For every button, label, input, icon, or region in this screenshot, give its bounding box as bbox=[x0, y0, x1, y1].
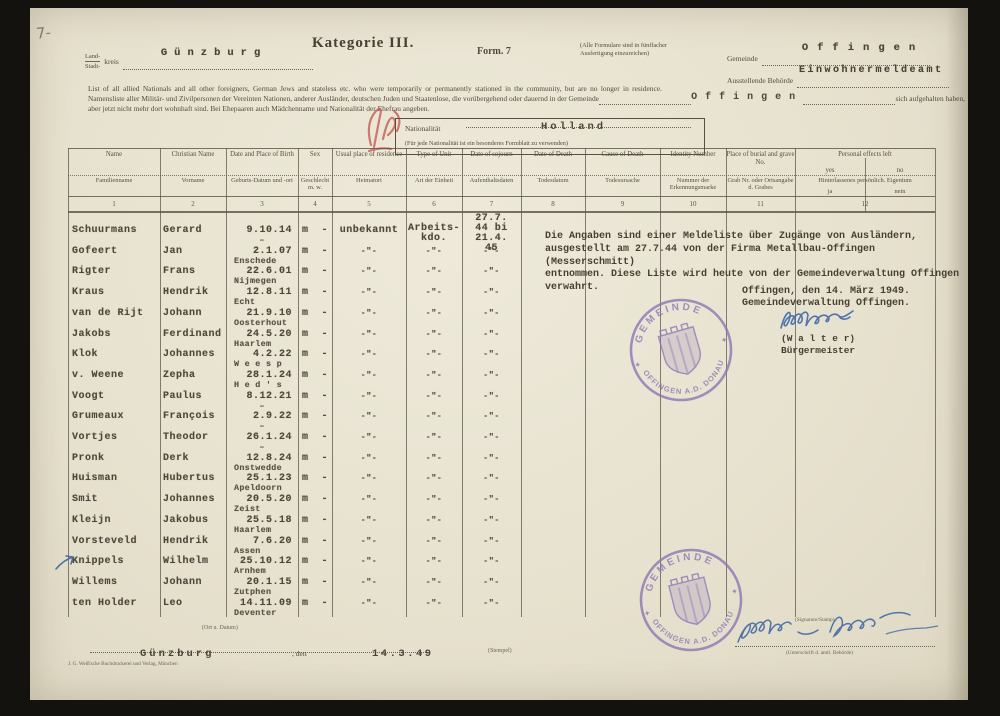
column-header-en: Cause of Death bbox=[585, 150, 660, 159]
cell-surname: Vortjes bbox=[72, 432, 118, 443]
attestation-name-typed: (W a l t e r) bbox=[781, 333, 855, 344]
cell-sojourn: -"- bbox=[462, 308, 521, 318]
cell-residence: -"- bbox=[332, 494, 406, 504]
cell-sojourn: -"- bbox=[462, 391, 521, 401]
cell-birthplace: Enschede bbox=[234, 256, 277, 266]
cell-sojourn: -"- bbox=[462, 329, 521, 339]
cell-residence: -"- bbox=[332, 577, 406, 587]
cell-unit: -"- bbox=[406, 577, 462, 587]
cell-unit: -"- bbox=[406, 453, 462, 463]
column-header-en: Personal effects left bbox=[795, 150, 935, 159]
cell-firstname: Johann bbox=[163, 577, 202, 588]
stempel-label: (Stempel) bbox=[488, 648, 512, 654]
cell-sojourn: -"- bbox=[462, 473, 521, 483]
cell-residence: -"- bbox=[332, 432, 406, 442]
cell-residence: -"- bbox=[332, 598, 406, 608]
cell-firstname: Johann bbox=[163, 308, 202, 319]
cell-sojourn: -"- bbox=[462, 453, 521, 463]
cell-birthplace: H e d ' s bbox=[234, 380, 282, 390]
grid-line bbox=[68, 196, 935, 197]
cell-surname: Pronk bbox=[72, 453, 105, 464]
column-header-en: Identity Number bbox=[660, 150, 726, 159]
cell-unit: -"- bbox=[406, 598, 462, 608]
cell-sojourn: -"- bbox=[462, 287, 521, 297]
column-number: 10 bbox=[660, 200, 726, 208]
signature-line bbox=[735, 646, 935, 647]
cell-firstname: Zepha bbox=[163, 370, 196, 381]
cell-surname: Jakobs bbox=[72, 329, 111, 340]
cell-unit: -"- bbox=[406, 556, 462, 566]
column-number: 2 bbox=[160, 200, 226, 208]
footer-date-value: 14.3.49 bbox=[372, 648, 434, 660]
cell-surname: v. Weene bbox=[72, 370, 124, 381]
column-number: 1 bbox=[68, 200, 160, 208]
column-header-en: Name bbox=[68, 150, 160, 159]
cell-surname: Smit bbox=[72, 494, 98, 505]
cell-surname: Schuurmans bbox=[72, 225, 137, 236]
column-header-de: Todesdatum bbox=[521, 177, 585, 184]
column-header-de: Aufenthaltsdaten bbox=[462, 177, 521, 184]
cell-sex: m - bbox=[298, 349, 332, 360]
column-header-nein: nein bbox=[865, 188, 935, 195]
column-header-no: no bbox=[865, 166, 935, 175]
cell-birthplace: Nijmegen bbox=[234, 276, 277, 286]
cell-birthplace: Zutphen bbox=[234, 587, 271, 597]
cell-sex: m - bbox=[298, 308, 332, 319]
cell-sojourn: -"- bbox=[462, 349, 521, 359]
stamp-coat-of-arms bbox=[657, 322, 705, 379]
cell-sojourn: -"- bbox=[462, 411, 521, 421]
grid-line bbox=[160, 148, 161, 617]
cell-sojourn: -"- bbox=[462, 515, 521, 525]
column-header-yes: yes bbox=[795, 166, 865, 175]
cell-firstname: Hendrik bbox=[163, 287, 209, 298]
cell-sex: m - bbox=[298, 391, 332, 402]
cell-surname: Rigter bbox=[72, 266, 111, 277]
footer-den-label: , den bbox=[292, 649, 307, 658]
column-header-de: Geburts-Datum und -ort bbox=[226, 177, 298, 184]
cell-residence: -"- bbox=[332, 266, 406, 276]
cell-birthplace: – bbox=[226, 442, 298, 452]
cell-birthplace: Haarlem bbox=[234, 339, 271, 349]
cell-unit: -"- bbox=[406, 349, 462, 359]
cell-sex: m - bbox=[298, 577, 332, 588]
cell-residence: -"- bbox=[332, 453, 406, 463]
attestation-title: Bürgermeister bbox=[781, 345, 855, 356]
cell-residence: unbekannt bbox=[332, 225, 406, 236]
cell-sex: m - bbox=[298, 453, 332, 464]
grid-line bbox=[935, 148, 936, 617]
cell-surname: Vorsteveld bbox=[72, 536, 137, 547]
cell-sex: m - bbox=[298, 225, 332, 236]
svg-text:✦: ✦ bbox=[730, 586, 739, 596]
cell-birthplace: Haarlem bbox=[234, 525, 271, 535]
cell-unit: -"- bbox=[406, 411, 462, 421]
cell-sex: m - bbox=[298, 515, 332, 526]
column-header-en: Sex bbox=[298, 150, 332, 159]
cell-firstname: Jan bbox=[163, 246, 183, 257]
cell-sojourn: -"- bbox=[462, 494, 521, 504]
column-number: 11 bbox=[726, 200, 795, 208]
grid-line bbox=[521, 148, 522, 617]
cell-birthplace: – bbox=[226, 235, 298, 245]
cell-unit: -"- bbox=[406, 494, 462, 504]
cell-surname: Klok bbox=[72, 349, 98, 360]
cell-residence: -"- bbox=[332, 349, 406, 359]
cell-surname: Voogt bbox=[72, 391, 105, 402]
cell-birthplace: Apeldoorn bbox=[234, 483, 282, 493]
cell-firstname: Jakobus bbox=[163, 515, 209, 526]
cell-surname: Knippels bbox=[72, 556, 124, 567]
cell-sex: m - bbox=[298, 246, 332, 257]
column-header-en: Date of Death bbox=[521, 150, 585, 159]
cell-firstname: Derk bbox=[163, 453, 189, 464]
cell-surname: Grumeaux bbox=[72, 411, 124, 422]
cell-sex: m - bbox=[298, 473, 332, 484]
cell-unit: -"- bbox=[406, 308, 462, 318]
cell-residence: -"- bbox=[332, 329, 406, 339]
cell-surname: Gofeert bbox=[72, 246, 118, 257]
cell-unit: -"- bbox=[406, 536, 462, 546]
cell-unit: kdo. bbox=[406, 233, 462, 244]
printer-credit: J. G. Weiß'sche Buchdruckerei und Verlag… bbox=[68, 661, 178, 667]
grid-line bbox=[68, 175, 935, 176]
cell-unit: -"- bbox=[406, 473, 462, 483]
cell-firstname: Hubertus bbox=[163, 473, 215, 484]
column-header-en: Type of Unit bbox=[406, 150, 462, 159]
cell-unit: -"- bbox=[406, 391, 462, 401]
cell-sojourn: -"- bbox=[462, 266, 521, 276]
cell-sojourn: -"- bbox=[462, 370, 521, 380]
cell-firstname: Gerard bbox=[163, 225, 202, 236]
column-header-en: Christian Name bbox=[160, 150, 226, 159]
cell-unit: -"- bbox=[406, 246, 462, 256]
column-number: 8 bbox=[521, 200, 585, 208]
cell-firstname: Wilhelm bbox=[163, 556, 209, 567]
cell-sex: m - bbox=[298, 432, 332, 443]
column-number: 3 bbox=[226, 200, 298, 208]
column-header-de: Todesursache bbox=[585, 177, 660, 184]
signature-label: (Unterschrift d. amtl. Behörde) bbox=[786, 650, 853, 656]
cell-surname: Kraus bbox=[72, 287, 105, 298]
cell-sex: m - bbox=[298, 494, 332, 505]
cell-birthplace: Zeist bbox=[234, 504, 261, 514]
cell-sex: m - bbox=[298, 329, 332, 340]
cell-residence: -"- bbox=[332, 411, 406, 421]
cell-birthplace: – bbox=[226, 421, 298, 431]
cell-sex: m - bbox=[298, 536, 332, 547]
svg-text:✦: ✦ bbox=[633, 360, 642, 371]
cell-birthplace: Echt bbox=[234, 297, 255, 307]
column-number: 9 bbox=[585, 200, 660, 208]
cell-residence: -"- bbox=[332, 287, 406, 297]
cell-sex: m - bbox=[298, 370, 332, 381]
svg-text:✦: ✦ bbox=[720, 335, 729, 346]
column-number: 7 bbox=[462, 200, 521, 208]
cell-unit: -"- bbox=[406, 370, 462, 380]
cell-residence: -"- bbox=[332, 556, 406, 566]
cell-birthplace: Oosterhout bbox=[234, 318, 287, 328]
cell-birthplace: Assen bbox=[234, 546, 261, 556]
cell-birthplace: Deventer bbox=[234, 608, 277, 618]
cell-birthplace: – bbox=[226, 401, 298, 411]
cell-sex: m - bbox=[298, 287, 332, 298]
cell-firstname: Ferdinand bbox=[163, 329, 222, 340]
cell-sex: m - bbox=[298, 411, 332, 422]
cell-firstname: Frans bbox=[163, 266, 196, 277]
footer-place-value: Günzburg bbox=[140, 648, 214, 660]
cell-surname: ten Holder bbox=[72, 598, 137, 609]
cell-firstname: François bbox=[163, 411, 215, 422]
cell-surname: Kleijn bbox=[72, 515, 111, 526]
scanned-document: { "page": { "pencil_note": "7-" }, "head… bbox=[0, 0, 1000, 716]
grid-line bbox=[795, 148, 796, 617]
cell-sex: m - bbox=[298, 266, 332, 277]
cell-sojourn: -"- bbox=[462, 556, 521, 566]
cell-firstname: Johannes bbox=[163, 494, 215, 505]
column-header-en: Date of sojourn bbox=[462, 150, 521, 159]
cell-unit: -"- bbox=[406, 287, 462, 297]
cell-firstname: Johannes bbox=[163, 349, 215, 360]
column-header-en: Usual place of residence bbox=[332, 150, 406, 159]
cell-surname: van de Rijt bbox=[72, 308, 144, 319]
cell-birthplace: Onstwedde bbox=[234, 463, 282, 473]
cell-sojourn: -"- bbox=[462, 432, 521, 442]
cell-sex: m - bbox=[298, 556, 332, 567]
column-number: 5 bbox=[332, 200, 406, 208]
cell-firstname: Theodor bbox=[163, 432, 209, 443]
grid-line bbox=[68, 148, 69, 617]
cell-residence: -"- bbox=[332, 370, 406, 380]
cell-sojourn: -"- bbox=[462, 246, 521, 256]
cell-residence: -"- bbox=[332, 536, 406, 546]
ort-datum-label: (Ort u. Datum) bbox=[202, 625, 238, 631]
cell-sex: m - bbox=[298, 598, 332, 609]
document-page: 7- Land- Stadt- kreis Günzburg Kategorie… bbox=[30, 8, 968, 700]
cell-sojourn: -"- bbox=[462, 598, 521, 608]
column-number: 4 bbox=[298, 200, 332, 208]
cell-residence: -"- bbox=[332, 391, 406, 401]
cell-residence: -"- bbox=[332, 308, 406, 318]
stamp-coat-of-arms bbox=[668, 572, 715, 628]
cell-unit: -"- bbox=[406, 515, 462, 525]
cell-unit: -"- bbox=[406, 329, 462, 339]
column-header-de: Familienname bbox=[68, 177, 160, 184]
cell-birthplace: W e e s p bbox=[234, 359, 282, 369]
blue-ink-mark bbox=[54, 554, 76, 572]
column-header-de: Nummer der Erkennungsmarke bbox=[660, 177, 726, 191]
cell-residence: -"- bbox=[332, 515, 406, 525]
cell-surname: Willems bbox=[72, 577, 118, 588]
cell-birthplace: Arnhem bbox=[234, 566, 266, 576]
column-header-de: Geschlecht m. w. bbox=[298, 177, 332, 191]
svg-text:✦: ✦ bbox=[643, 608, 652, 618]
grid-line bbox=[406, 148, 407, 617]
cell-sojourn: -"- bbox=[462, 577, 521, 587]
cell-sojourn: -"- bbox=[462, 536, 521, 546]
column-header-de: Grab Nr. oder Ortsangabe d. Grabes bbox=[726, 177, 795, 191]
cell-firstname: Paulus bbox=[163, 391, 202, 402]
column-header-ja: ja bbox=[795, 188, 865, 195]
column-number: 12 bbox=[795, 200, 935, 208]
column-header-en: Date and Place of Birth bbox=[226, 150, 298, 159]
column-header-de: Vorname bbox=[160, 177, 226, 184]
attestation-place-date: Offingen, den 14. März 1949. bbox=[742, 286, 910, 299]
cell-residence: -"- bbox=[332, 246, 406, 256]
column-header-de: Art der Einheit bbox=[406, 177, 462, 184]
cell-unit: -"- bbox=[406, 432, 462, 442]
column-header-de: Heimatort bbox=[332, 177, 406, 184]
column-header-de: Hinterlassenes persönlich. Eigentum bbox=[795, 177, 935, 184]
cell-firstname: Leo bbox=[163, 598, 183, 609]
grid-line bbox=[332, 148, 333, 617]
grid-line bbox=[585, 148, 586, 617]
cell-firstname: Hendrik bbox=[163, 536, 209, 547]
cell-surname: Huisman bbox=[72, 473, 118, 484]
cell-unit: -"- bbox=[406, 266, 462, 276]
cell-residence: -"- bbox=[332, 473, 406, 483]
column-number: 6 bbox=[406, 200, 462, 208]
column-header-en: Place of burial and grave No. bbox=[726, 150, 795, 166]
